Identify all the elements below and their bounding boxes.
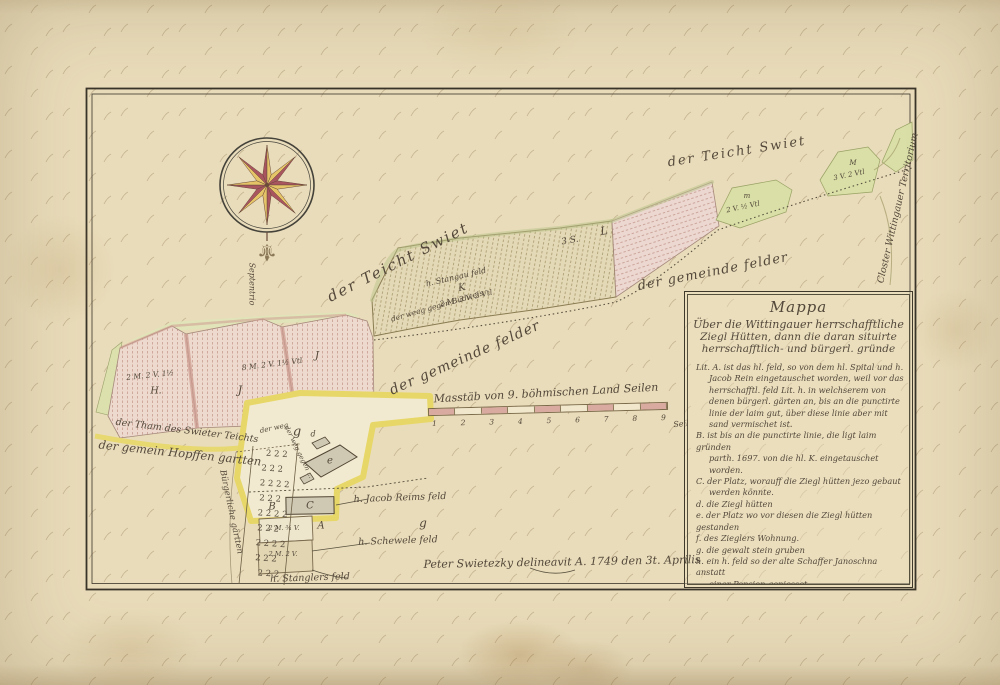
legend-line: d. die Ziegl hütten [696, 499, 904, 510]
legend-line: C. der Platz, worauff die Ziegl hütten j… [696, 476, 904, 487]
legend-entries: Lit. A. ist das hl. feld, so von dem hl.… [688, 362, 909, 585]
legend-line: werden könnte. [696, 487, 904, 498]
label-j1-letter: J [238, 384, 242, 397]
garden-plot-numbers: 2 2 2 2 2 2 2 2 2 2 2 2 2 2 2 2 2 2 2 2 … [238, 445, 299, 583]
legend-line: Jacob Rein eingetauschet worden, weil vo… [696, 373, 904, 384]
legend-line: f. des Zieglers Wohnung. [696, 533, 904, 544]
legend-box: Mappa Über die Wittingauer herrschafftli… [684, 291, 913, 588]
legend-line: parth. 1697. von die hl. K. eingetausche… [696, 453, 904, 476]
label-d: d [310, 430, 315, 439]
label-septentrio: Septentrio [248, 263, 257, 306]
label-a: A [317, 521, 324, 532]
legend-line: g. die gewalt stein gruben [696, 545, 904, 556]
label-g2: g [419, 516, 427, 530]
label-green1-letter: m [744, 192, 751, 200]
legend-subtitle-2: Ziegl Hütten, dann die daran situirte [688, 331, 909, 343]
legend-line: denen bürgerl. gärten an, bis an die pun… [696, 396, 904, 407]
label-e: e [327, 456, 333, 467]
garden-row: 2 2 2 [245, 566, 291, 584]
legend-line: e. der Platz wo vor diesen die Ziegl hüt… [696, 510, 904, 533]
label-j2-letter: J [315, 351, 319, 362]
label-h-letter: H. [150, 386, 161, 397]
legend-title: Mappa [688, 298, 909, 316]
legend-subtitle-1: Über die Wittingauer herrschafftliche [688, 318, 909, 331]
legend-line: einer Pension geniesset [696, 579, 904, 585]
label-green2-letter: M [849, 159, 856, 167]
scale-unit: Seil [673, 419, 689, 429]
label-c: C [306, 501, 314, 512]
map-sheet: der Teicht Swiet der Teicht Swiet der ge… [0, 0, 1000, 685]
label-g1: g [293, 425, 301, 440]
legend-line: linie der laim gut, über diese linie abe… [696, 408, 904, 419]
legend-line: sand vermischet ist. [696, 419, 904, 430]
legend-line: B. ist bis an die punctirte linie, die l… [696, 430, 904, 453]
legend-line: herrschafftl. feld Lit. h. in welchserem… [696, 385, 904, 396]
legend-line: h. ein h. feld so der alte Schaffer Jano… [696, 556, 904, 579]
fleur-de-lis-icon: ⚜ [256, 238, 278, 266]
legend-line: Lit. A. ist das hl. feld, so von dem hl.… [696, 362, 904, 373]
legend-inner: Mappa Über die Wittingauer herrschafftli… [687, 294, 910, 585]
legend-subtitle-3: herrschafftlich- und bürgerl. gründe [688, 343, 909, 355]
